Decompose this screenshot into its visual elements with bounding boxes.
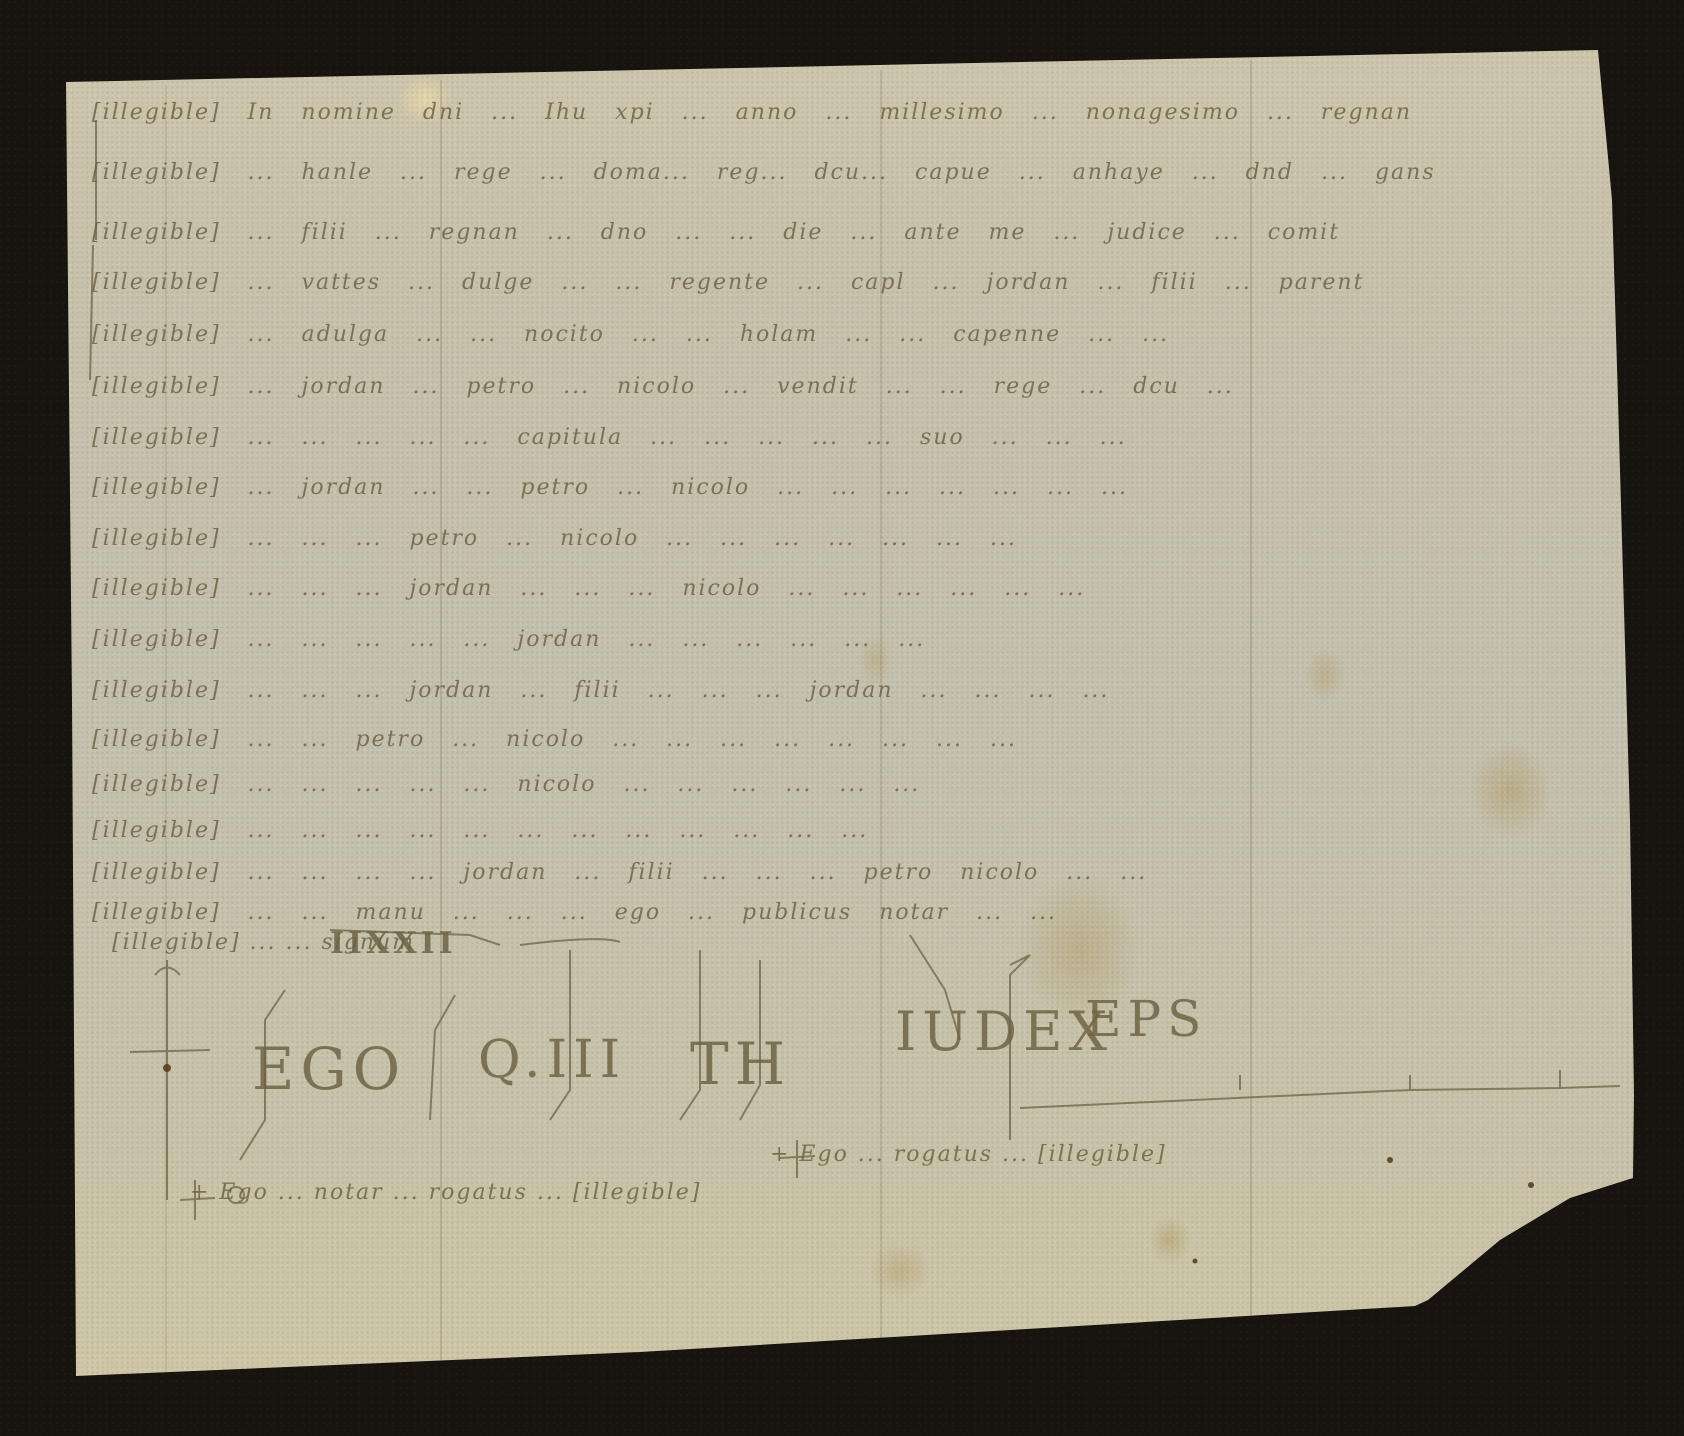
cross-signum-icon (130, 960, 210, 1200)
ink-strokes (0, 0, 1684, 1436)
initial-stroke (90, 120, 96, 380)
